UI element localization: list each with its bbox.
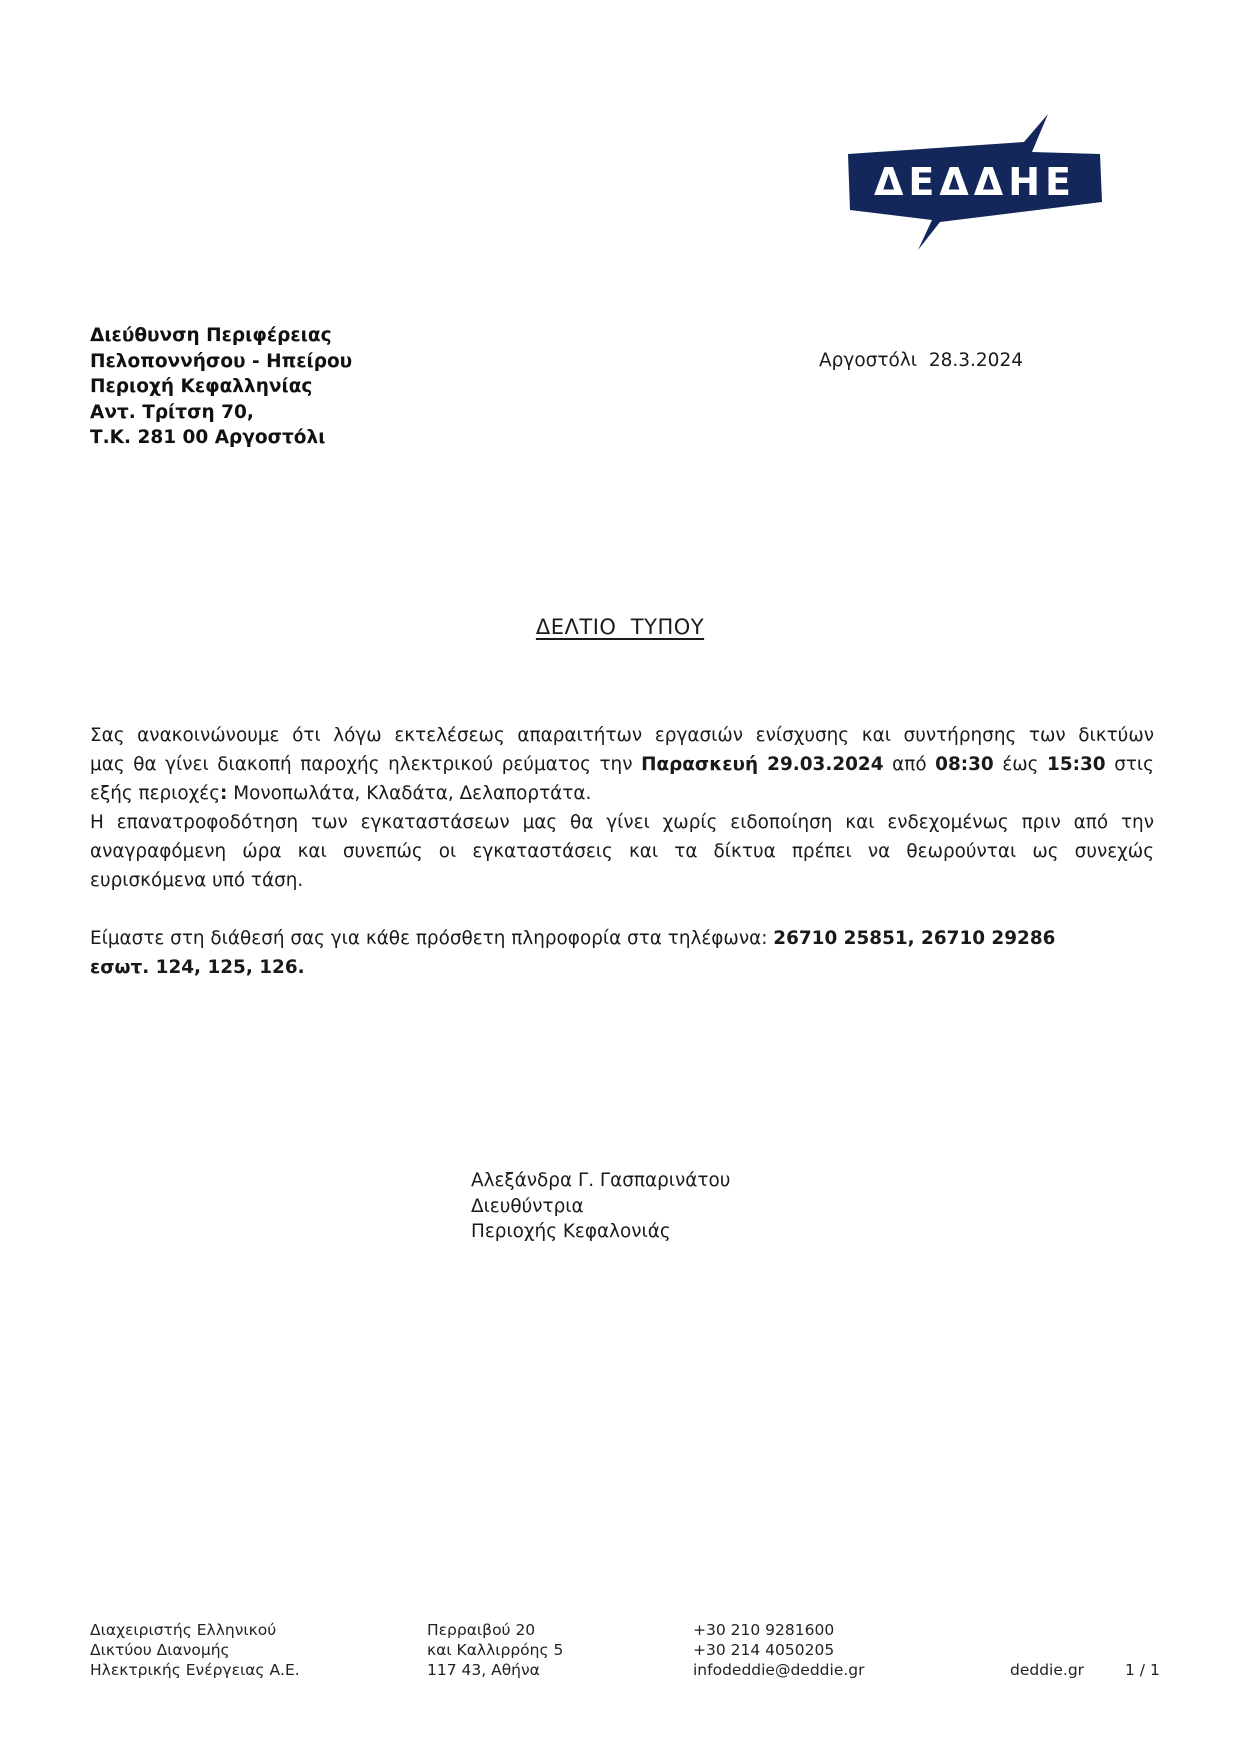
- footer-contacts: +30 210 9281600 +30 214 4050205 infodedd…: [693, 1620, 865, 1680]
- deddie-logo-banner-icon: ΔΕΔΔΗΕ: [840, 112, 1108, 252]
- contact-line: Είμαστε στη διάθεσή σας για κάθε πρόσθετ…: [90, 924, 1154, 953]
- footer-phone: +30 214 4050205: [693, 1640, 865, 1660]
- contact-paragraph: Είμαστε στη διάθεσή σας για κάθε πρόσθετ…: [90, 924, 1154, 982]
- signature-block: Αλεξάνδρα Γ. Γασπαρινάτου Διευθύντρια Πε…: [471, 1168, 730, 1245]
- sender-line-area: Περιοχή Κεφαλληνίας: [90, 374, 352, 400]
- paragraph-line: Η επανατροφοδότηση των εγκαταστάσεων μας…: [90, 808, 1154, 837]
- document-title-text: ΔΕΛΤΙΟ ΤΥΠΟΥ: [536, 615, 704, 639]
- contact-extensions: εσωτ. 124, 125, 126.: [90, 953, 1154, 982]
- sender-line-postcode: Τ.Κ. 281 00 Αργοστόλι: [90, 425, 352, 451]
- signatory-role: Διευθύντρια: [471, 1194, 730, 1220]
- paragraph-spacer: [90, 895, 1154, 924]
- sender-line-street: Αντ. Τρίτση 70,: [90, 400, 352, 426]
- reconnection-paragraph: Η επανατροφοδότηση των εγκαταστάσεων μας…: [90, 808, 1154, 895]
- footer-website-link[interactable]: deddie.gr: [1010, 1660, 1084, 1680]
- deddie-logo: ΔΕΔΔΗΕ: [840, 112, 1108, 252]
- paragraph-line: μας θα γίνει διακοπή παροχής ηλεκτρικού …: [90, 750, 1154, 779]
- date-place: Αργοστόλι: [819, 350, 917, 371]
- footer-company: Διαχειριστής Ελληνικού Δικτύου Διανομής …: [90, 1620, 300, 1680]
- affected-areas: Μονοπωλάτα, Κλαδάτα, Δελαπορτάτα.: [233, 783, 591, 804]
- place-date: Αργοστόλι 28.3.2024: [819, 350, 1023, 371]
- sender-line-directorate: Διεύθυνση Περιφέρειας: [90, 323, 352, 349]
- announcement-paragraph: Σας ανακοινώνουμε ότι λόγω εκτελέσεως απ…: [90, 721, 1154, 808]
- sender-line-region: Πελοποννήσου - Ηπείρου: [90, 349, 352, 375]
- paragraph-line: αναγραφόμενη ώρα και συνεπώς οι εγκαταστ…: [90, 837, 1154, 866]
- paragraph-line: Σας ανακοινώνουμε ότι λόγω εκτελέσεως απ…: [90, 721, 1154, 750]
- document-body: Σας ανακοινώνουμε ότι λόγω εκτελέσεως απ…: [90, 721, 1154, 982]
- paragraph-line: εξής περιοχές: Μονοπωλάτα, Κλαδάτα, Δελα…: [90, 779, 1154, 808]
- footer-address: Περραιβού 20 και Καλλιρρόης 5 117 43, Αθ…: [427, 1620, 563, 1680]
- signatory-area: Περιοχής Κεφαλονιάς: [471, 1219, 730, 1245]
- contact-phones: 26710 25851, 26710 29286: [773, 928, 1055, 949]
- document-title: ΔΕΛΤΙΟ ΤΥΠΟΥ: [0, 615, 1240, 639]
- page-number: 1 / 1: [1125, 1660, 1160, 1680]
- document-date: 28.3.2024: [929, 350, 1023, 371]
- outage-end-time: 15:30: [1047, 754, 1106, 775]
- footer-email-link[interactable]: infodeddie@deddie.gr: [693, 1660, 865, 1680]
- logo-text: ΔΕΔΔΗΕ: [874, 160, 1076, 204]
- outage-start-time: 08:30: [935, 754, 994, 775]
- outage-day: Παρασκευή 29.03.2024: [641, 754, 883, 775]
- signatory-name: Αλεξάνδρα Γ. Γασπαρινάτου: [471, 1168, 730, 1194]
- footer-phone: +30 210 9281600: [693, 1620, 865, 1640]
- paragraph-line: ευρισκόμενα υπό τάση.: [90, 866, 1154, 895]
- sender-address-block: Διεύθυνση Περιφέρειας Πελοποννήσου - Ηπε…: [90, 323, 352, 451]
